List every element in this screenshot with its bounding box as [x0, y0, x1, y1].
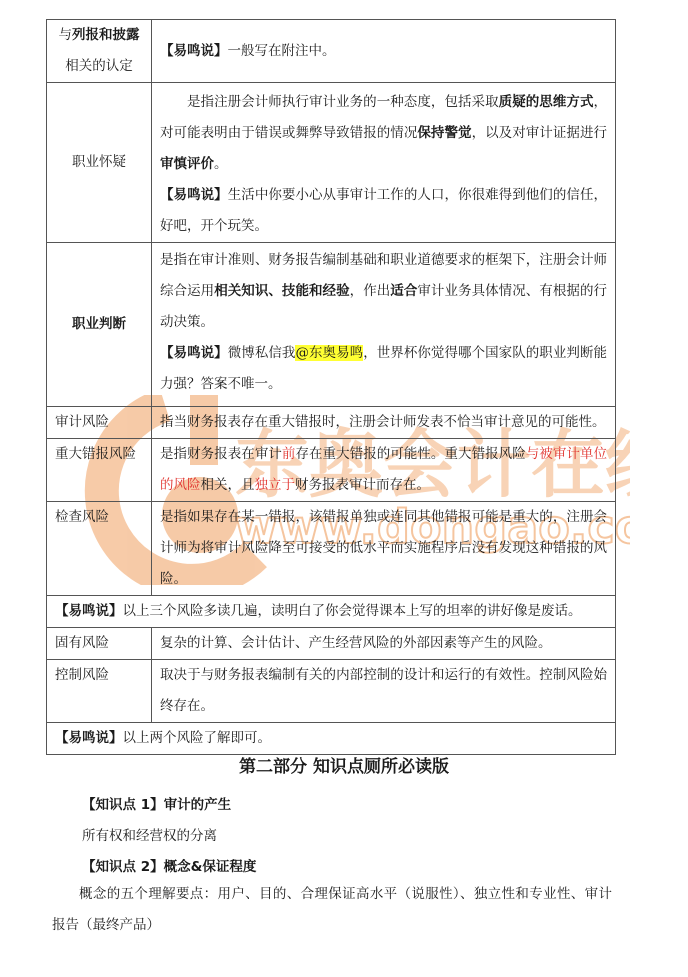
red-emphasis: 前: [282, 446, 296, 462]
text: ，以及对审计证据进行: [472, 125, 607, 141]
text: ，作出: [350, 283, 391, 299]
bold-text: 相关知识、技能和经验: [214, 283, 349, 299]
bold-text: 质疑的思维方式: [499, 94, 594, 110]
commentary-cell: 【易鸣说】以上两个风险了解即可。: [47, 723, 616, 755]
knowledge-point-heading: 【知识点 1】审计的产生: [82, 793, 231, 813]
definition-paragraph: 是指在审计准则、财务报告编制基础和职业道德要求的框架下，注册会计师综合运用相关知…: [160, 245, 607, 338]
row-content: 取决于与财务报表编制有关的内部控制的设计和运行的有效性。控制风险始终存在。: [152, 660, 616, 723]
row-label: 审计风险: [47, 407, 152, 439]
commentary-prefix: 【易鸣说】: [160, 345, 228, 361]
weibo-mention-link[interactable]: @东奥易鸣: [295, 345, 363, 361]
knowledge-point-body: 所有权和经营权的分离: [82, 824, 217, 844]
part-title: 第二部分 知识点厕所必读版: [0, 752, 688, 777]
commentary-paragraph: 【易鸣说】生活中你要小心从事审计工作的人口，你很难得到他们的信任，好吧，开个玩笑…: [160, 180, 607, 242]
document-page: 东奥会计在线 www.dongao.com 与列报和披露 相关的认定 【易鸣说】…: [0, 0, 688, 977]
commentary-prefix: 【易鸣说】: [160, 187, 228, 203]
row-content: 是指在审计准则、财务报告编制基础和职业道德要求的框架下，注册会计师综合运用相关知…: [152, 243, 616, 407]
label-text: 相关的认定: [65, 58, 133, 74]
row-content: 复杂的计算、会计估计、产生经营风险的外部因素等产生的风险。: [152, 628, 616, 660]
table-row: 职业怀疑 是指注册会计师执行审计业务的一种态度，包括采取质疑的思维方式，对可能表…: [47, 83, 616, 243]
commentary-text: 生活中你要小心从事审计工作的人口，你很难得到他们的信任，好吧，开个玩笑。: [160, 187, 607, 234]
table-row-commentary: 【易鸣说】以上三个风险多读几遍，读明白了你会觉得课本上写的坦率的讲好像是废话。: [47, 596, 616, 628]
table-row-commentary: 【易鸣说】以上两个风险了解即可。: [47, 723, 616, 755]
knowledge-point-heading: 【知识点 2】概念&保证程度: [82, 855, 256, 875]
row-content: 指当财务报表存在重大错报时，注册会计师发表不恰当审计意见的可能性。: [152, 407, 616, 439]
definition-paragraph: 是指注册会计师执行审计业务的一种态度，包括采取质疑的思维方式，对可能表明由于错误…: [160, 87, 607, 180]
row-content: 【易鸣说】一般写在附注中。: [152, 20, 616, 83]
row-label: 与列报和披露 相关的认定: [47, 20, 152, 83]
row-label: 检查风险: [47, 502, 152, 596]
label-text-bold: 列报和披露: [72, 27, 140, 43]
red-emphasis: 独立于: [255, 477, 296, 493]
label-text: 与: [59, 27, 73, 43]
knowledge-point-body: 概念的五个理解要点：用户、目的、合理保证高水平（说服性）、独立性和专业性、审计报…: [52, 879, 612, 941]
audit-concepts-table: 与列报和披露 相关的认定 【易鸣说】一般写在附注中。 职业怀疑 是指注册会计师执…: [46, 19, 616, 755]
text: 微博私信我: [228, 345, 296, 361]
bold-text: 审慎评价: [160, 156, 214, 172]
commentary-prefix: 【易鸣说】: [160, 43, 228, 59]
table-row: 审计风险 指当财务报表存在重大错报时，注册会计师发表不恰当审计意见的可能性。: [47, 407, 616, 439]
commentary-prefix: 【易鸣说】: [55, 730, 123, 746]
bold-text: 保持警觉: [417, 125, 471, 141]
table-row: 控制风险 取决于与财务报表编制有关的内部控制的设计和运行的有效性。控制风险始终存…: [47, 660, 616, 723]
commentary-text: 以上三个风险多读几遍，读明白了你会觉得课本上写的坦率的讲好像是废话。: [123, 603, 582, 619]
table-row: 重大错报风险 是指财务报表在审计前存在重大错报的可能性。重大错报风险与被审计单位…: [47, 439, 616, 502]
table-row: 检查风险 是指如果存在某一错报，该错报单独或连同其他错报可能是重大的，注册会计师…: [47, 502, 616, 596]
row-content: 是指注册会计师执行审计业务的一种态度，包括采取质疑的思维方式，对可能表明由于错误…: [152, 83, 616, 243]
row-label: 重大错报风险: [47, 439, 152, 502]
text: 是指注册会计师执行审计业务的一种态度，包括采取: [187, 94, 499, 110]
row-label: 固有风险: [47, 628, 152, 660]
text: 财务报表审计而存在。: [295, 477, 430, 493]
commentary-text: 一般写在附注中。: [228, 43, 336, 59]
text: 是指财务报表在审计: [160, 446, 282, 462]
text: 。: [214, 156, 228, 172]
row-label: 职业怀疑: [47, 83, 152, 243]
commentary-text: 以上两个风险了解即可。: [123, 730, 272, 746]
table-row: 职业判断 是指在审计准则、财务报告编制基础和职业道德要求的框架下，注册会计师综合…: [47, 243, 616, 407]
commentary-paragraph: 【易鸣说】微博私信我@东奥易鸣，世界杯你觉得哪个国家队的职业判断能力强？答案不唯…: [160, 338, 607, 400]
text: 存在重大错报的可能性。重大错报风险: [295, 446, 525, 462]
row-label: 职业判断: [47, 243, 152, 407]
commentary-prefix: 【易鸣说】: [55, 603, 123, 619]
row-content: 是指如果存在某一错报，该错报单独或连同其他错报可能是重大的，注册会计师为将审计风…: [152, 502, 616, 596]
text: 相关，且: [201, 477, 255, 493]
table-row: 与列报和披露 相关的认定 【易鸣说】一般写在附注中。: [47, 20, 616, 83]
row-content: 是指财务报表在审计前存在重大错报的可能性。重大错报风险与被审计单位的风险相关，且…: [152, 439, 616, 502]
commentary-cell: 【易鸣说】以上三个风险多读几遍，读明白了你会觉得课本上写的坦率的讲好像是废话。: [47, 596, 616, 628]
table-row: 固有风险 复杂的计算、会计估计、产生经营风险的外部因素等产生的风险。: [47, 628, 616, 660]
row-label: 控制风险: [47, 660, 152, 723]
bold-text: 适合: [390, 283, 417, 299]
